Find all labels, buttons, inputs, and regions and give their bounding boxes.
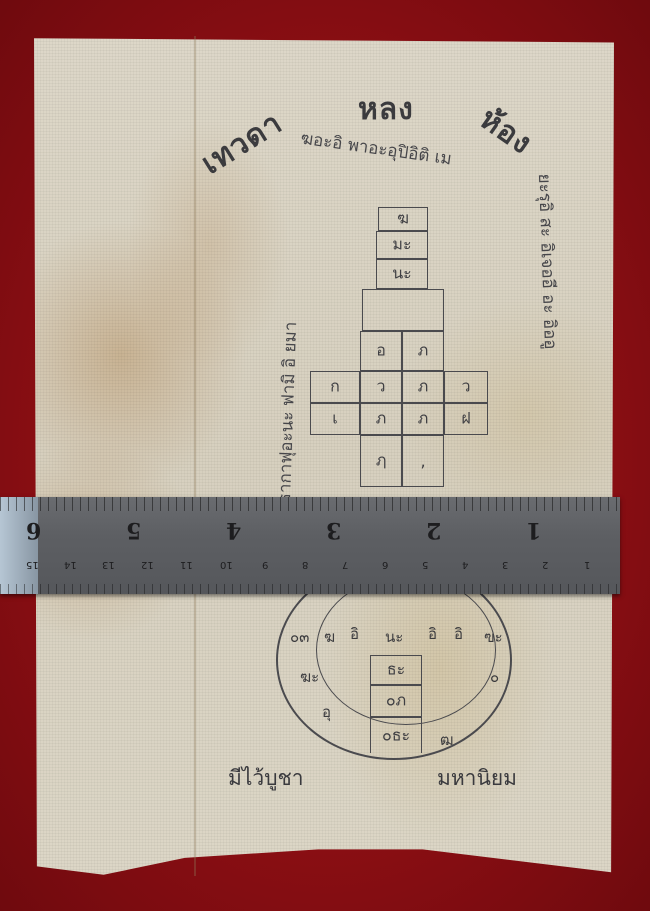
ruler-cm-12: 12 <box>141 559 154 570</box>
ruler-cm-5: 5 <box>422 559 428 570</box>
ruler-cm-11: 11 <box>180 559 193 570</box>
circle-label-6: อิ <box>454 622 463 646</box>
cloth-fold-line <box>194 36 196 876</box>
ruler-cm-2: 2 <box>542 559 548 570</box>
grid-cell-b4: ว <box>444 371 488 403</box>
ruler-inch-2: 2 <box>426 517 441 543</box>
header-word-center: หลง <box>358 86 414 133</box>
grid-cell-a1: อ <box>360 331 402 371</box>
footer-text-left: มีไว้บูชา <box>228 762 304 795</box>
circle-label-2: ฆ <box>324 625 335 649</box>
grid-cell-b3: ภ <box>402 371 444 403</box>
yantra-cloth <box>34 34 614 879</box>
grid-cell-c2: ภ <box>360 403 402 435</box>
footer-text-right: มหานิยม <box>437 762 517 795</box>
grid-cell-top-3: นะ <box>376 259 428 289</box>
grid-cell-b1: ก <box>310 371 360 403</box>
ruler-reflection <box>0 497 38 594</box>
circle-label-9: ฆะ <box>300 665 319 689</box>
ruler-inch-3: 3 <box>326 517 341 543</box>
circle-label-7: ฃะ <box>484 625 503 649</box>
grid-cell-a2: ภ <box>402 331 444 371</box>
grid-cell-b2: ว <box>360 371 402 403</box>
ruler-cm-10: 10 <box>220 559 233 570</box>
grid-cell-top-1: ฆ <box>378 207 428 231</box>
grid-cell-d1: ฦ <box>360 435 402 487</box>
ruler-cm-ticks <box>0 584 620 594</box>
grid-cell-c3: ภ <box>402 403 444 435</box>
ruler-cm-1: 1 <box>584 559 590 570</box>
circle-label-10: อุ <box>322 700 331 724</box>
ruler-inch-1: 1 <box>526 517 541 543</box>
grid-cell-c1: เ <box>310 403 360 435</box>
ruler-inch-ticks <box>0 497 620 511</box>
ruler-cm-9: 9 <box>262 559 268 570</box>
ruler-cm-4: 4 <box>462 559 468 570</box>
circle-label-5: อิ <box>428 622 437 646</box>
grid-cell-top-2: มะ <box>376 231 428 259</box>
ruler-inch-4: 4 <box>226 517 241 543</box>
circle-center-mid: ๐ภ <box>370 685 422 717</box>
grid-cell-d2: , <box>402 435 444 487</box>
circle-label-4: นะ <box>385 625 403 649</box>
circle-label-3: อิ <box>350 622 359 646</box>
ruler-cm-15: 15 <box>26 559 39 570</box>
grid-cell-wide <box>362 289 444 331</box>
ruler-cm-6: 6 <box>382 559 388 570</box>
circle-label-8: ๐ <box>490 665 499 689</box>
ruler-inch-5: 5 <box>126 517 141 543</box>
circle-center-top: ธะ <box>370 655 422 685</box>
circle-center-bot: ๐ธะ <box>370 717 422 753</box>
steel-ruler: 6 5 4 3 2 1 15 14 13 12 11 10 9 8 7 6 5 … <box>0 497 620 594</box>
ruler-cm-3: 3 <box>502 559 508 570</box>
circle-label-11: ฒ <box>440 728 454 752</box>
ruler-cm-14: 14 <box>64 559 77 570</box>
ruler-cm-8: 8 <box>302 559 308 570</box>
ruler-inch-6: 6 <box>26 517 41 543</box>
grid-cell-c4: ฝ <box>444 403 488 435</box>
circle-label-1: ๐๓ <box>290 625 309 649</box>
ruler-cm-13: 13 <box>102 559 115 570</box>
ruler-cm-7: 7 <box>342 559 348 570</box>
